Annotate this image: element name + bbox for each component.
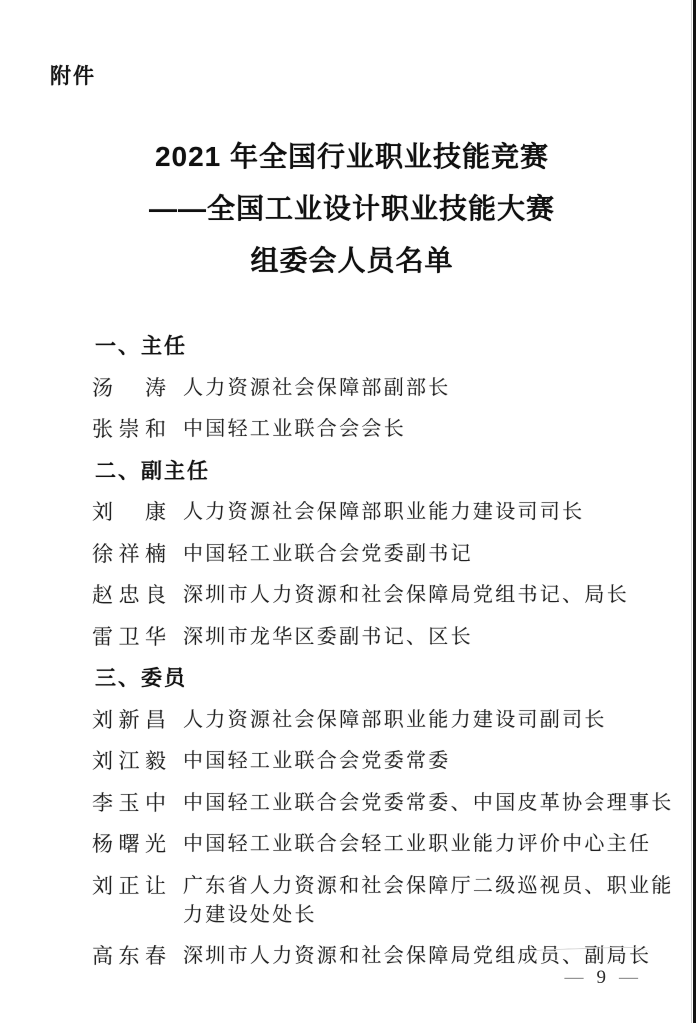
page-footer: — 9 — <box>565 967 639 989</box>
committee-roster: 一、主任 汤 涛 人力资源社会保障部副部长 张崇和 中国轻工业联合会会长 二、副… <box>92 332 672 984</box>
scanned-document-page: { "page": { "attachment_label": "附件", "t… <box>0 0 696 1023</box>
member-row: 赵忠良 深圳市人力资源和社会保障局党组书记、局长 <box>92 581 672 610</box>
member-title: 深圳市人力资源和社会保障局党组书记、局长 <box>183 581 688 610</box>
member-title: 中国轻工业联合会党委副书记 <box>183 540 688 569</box>
member-title: 深圳市龙华区委副书记、区长 <box>183 623 688 652</box>
member-row: 雷卫华 深圳市龙华区委副书记、区长 <box>92 623 672 652</box>
attachment-label: 附件 <box>50 60 96 90</box>
member-name: 汤 涛 <box>92 374 166 403</box>
member-title: 中国轻工业联合会党委常委、中国皮革协会理事长 <box>183 789 688 818</box>
member-title: 中国轻工业联合会党委常委 <box>183 747 688 776</box>
member-row: 徐祥楠 中国轻工业联合会党委副书记 <box>92 540 672 569</box>
member-row: 刘新昌 人力资源社会保障部职业能力建设司副司长 <box>92 706 672 735</box>
footer-dash-left: — <box>565 969 584 987</box>
member-row: 刘江毅 中国轻工业联合会党委常委 <box>92 747 672 776</box>
member-name: 李玉中 <box>92 789 166 818</box>
scan-edge-faint-line <box>691 0 692 1023</box>
footer-dash-right: — <box>619 969 638 987</box>
title-line-1: 2021 年全国行业职业技能竞赛 <box>8 131 696 183</box>
section-heading-members: 三、委员 <box>92 664 672 693</box>
section-heading-deputy-directors: 二、副主任 <box>92 457 672 486</box>
member-title: 广东省人力资源和社会保障厅二级巡视员、职业能力建设处处长 <box>183 872 688 930</box>
member-name: 刘 康 <box>92 498 166 527</box>
member-name: 杨曙光 <box>92 830 166 859</box>
title-line-2: ——全国工业设计职业技能大赛 <box>8 183 696 235</box>
member-title: 人力资源社会保障部副部长 <box>183 374 688 403</box>
member-name: 刘新昌 <box>92 706 166 735</box>
member-name: 赵忠良 <box>92 581 166 610</box>
member-title: 中国轻工业联合会轻工业职业能力评价中心主任 <box>183 830 688 859</box>
member-name: 徐祥楠 <box>92 540 166 569</box>
member-row: 刘 康 人力资源社会保障部职业能力建设司司长 <box>92 498 672 527</box>
member-title: 人力资源社会保障部职业能力建设司司长 <box>183 498 688 527</box>
member-name: 张崇和 <box>92 415 166 444</box>
member-title: 人力资源社会保障部职业能力建设司副司长 <box>183 706 688 735</box>
member-title: 中国轻工业联合会会长 <box>183 415 688 444</box>
member-row: 汤 涛 人力资源社会保障部副部长 <box>92 374 672 403</box>
member-row: 杨曙光 中国轻工业联合会轻工业职业能力评价中心主任 <box>92 830 672 859</box>
member-name: 刘正让 <box>92 872 166 901</box>
member-row: 李玉中 中国轻工业联合会党委常委、中国皮革协会理事长 <box>92 789 672 818</box>
page-number: 9 <box>597 967 607 989</box>
member-name: 高东春 <box>92 942 166 971</box>
document-title: 2021 年全国行业职业技能竞赛 ——全国工业设计职业技能大赛 组委会人员名单 <box>0 131 696 287</box>
member-name: 雷卫华 <box>92 623 166 652</box>
section-heading-director: 一、主任 <box>92 332 672 361</box>
member-row: 张崇和 中国轻工业联合会会长 <box>92 415 672 444</box>
title-line-3: 组委会人员名单 <box>8 235 696 287</box>
member-row: 刘正让 广东省人力资源和社会保障厅二级巡视员、职业能力建设处处长 <box>92 872 672 930</box>
member-name: 刘江毅 <box>92 747 166 776</box>
